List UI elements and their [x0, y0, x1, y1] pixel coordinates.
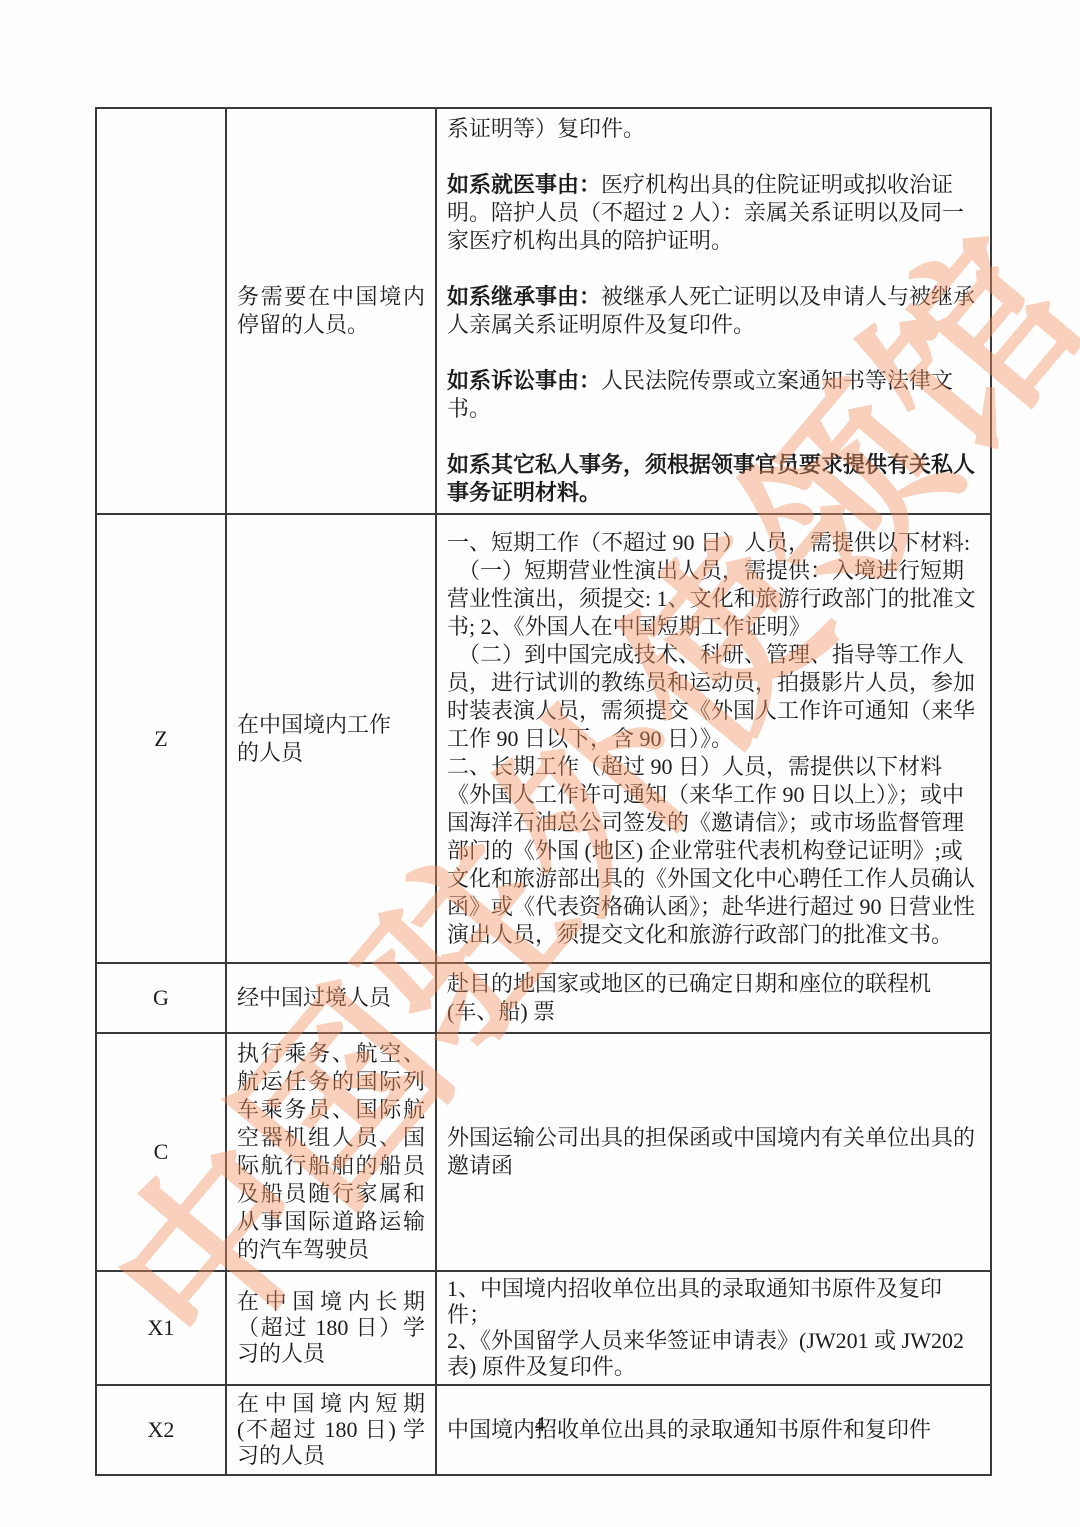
visa-description-cell: 在中国境内长期（超过 180 日）学习的人员 — [226, 1271, 436, 1385]
materials-paragraph: （二）到中国完成技术、科研、管理、指导等工作人员，进行试训的教练员和运动员，拍摄… — [447, 641, 980, 753]
materials-paragraph: 2、《外国留学人员来华签证申请表》(JW201 或 JW202 表) 原件及复印… — [447, 1328, 980, 1380]
visa-description-cell: 在中国境内工作 的人员 — [226, 514, 436, 963]
materials-paragraph: 《外国人工作许可通知（来华工作 90 日以上）》；或中国海洋石油总公司签发的《邀… — [447, 781, 980, 949]
materials-paragraph: 二、长期工作（超过 90 日）人员，需提供以下材料 — [447, 753, 980, 781]
materials-cell: 赴目的地国家或地区的已确定日期和座位的联程机 (车、船) 票 — [436, 963, 991, 1033]
materials-paragraph: 系证明等）复印件。 — [447, 115, 980, 143]
materials-paragraph: 如系就医事由：医疗机构出具的住院证明或拟收治证明。陪护人员（不超过 2 人）：亲… — [447, 171, 980, 255]
materials-paragraph: 1、中国境内招收单位出具的录取通知书原件及复印件； — [447, 1276, 980, 1328]
bold-lead: 如系继承事由： — [447, 284, 601, 309]
materials-cell: 1、中国境内招收单位出具的录取通知书原件及复印件； 2、《外国留学人员来华签证申… — [436, 1271, 991, 1385]
materials-paragraph: 如系继承事由：被继承人死亡证明以及申请人与被继承人亲属关系证明原件及复印件。 — [447, 283, 980, 339]
materials-paragraph: （一）短期营业性演出人员，需提供：入境进行短期营业性演出，须提交: 1、文化和旅… — [447, 557, 980, 641]
materials-paragraph: 赴目的地国家或地区的已确定日期和座位的联程机 (车、船) 票 — [447, 970, 980, 1026]
materials-cell: 外国运输公司出具的担保函或中国境内有关单位出具的邀请函 — [436, 1033, 991, 1271]
visa-description-cell: 执行乘务、航空、航运任务的国际列车乘务员、国际航空器机组人员、国际航行船舶的船员… — [226, 1033, 436, 1271]
bold-lead: 如系就医事由： — [447, 172, 601, 197]
table-row-continuation: 务需要在中国境内停留的人员。 系证明等）复印件。 如系就医事由：医疗机构出具的住… — [96, 108, 991, 514]
document-page: 务需要在中国境内停留的人员。 系证明等）复印件。 如系就医事由：医疗机构出具的住… — [0, 0, 1080, 1527]
table-row-x1: X1 在中国境内长期（超过 180 日）学习的人员 1、中国境内招收单位出具的录… — [96, 1271, 991, 1385]
visa-code-cell: G — [96, 963, 226, 1033]
visa-code-cell: Z — [96, 514, 226, 963]
visa-code-cell — [96, 108, 226, 514]
visa-code-cell: C — [96, 1033, 226, 1271]
materials-paragraph: 外国运输公司出具的担保函或中国境内有关单位出具的邀请函 — [447, 1124, 980, 1180]
materials-cell: 一、短期工作（不超过 90 日）人员，需提供以下材料: （一）短期营业性演出人员… — [436, 514, 991, 963]
materials-paragraph: 一、短期工作（不超过 90 日）人员，需提供以下材料: — [447, 529, 980, 557]
table-row-g: G 经中国过境人员 赴目的地国家或地区的已确定日期和座位的联程机 (车、船) 票 — [96, 963, 991, 1033]
visa-description-cell: 经中国过境人员 — [226, 963, 436, 1033]
materials-paragraph: 如系其它私人事务，须根据领事官员要求提供有关私人事务证明材料。 — [447, 451, 980, 507]
visa-description-cell: 务需要在中国境内停留的人员。 — [226, 108, 436, 514]
table-row-z: Z 在中国境内工作 的人员 一、短期工作（不超过 90 日）人员，需提供以下材料… — [96, 514, 991, 963]
visa-code-cell: X1 — [96, 1271, 226, 1385]
visa-requirements-table: 务需要在中国境内停留的人员。 系证明等）复印件。 如系就医事由：医疗机构出具的住… — [95, 107, 992, 1476]
table-row-c: C 执行乘务、航空、航运任务的国际列车乘务员、国际航空器机组人员、国际航行船舶的… — [96, 1033, 991, 1271]
page-number: 4 — [0, 1412, 1080, 1437]
materials-paragraph: 如系诉讼事由：人民法院传票或立案通知书等法律文书。 — [447, 367, 980, 423]
bold-lead: 如系诉讼事由： — [447, 368, 601, 393]
materials-cell: 系证明等）复印件。 如系就医事由：医疗机构出具的住院证明或拟收治证明。陪护人员（… — [436, 108, 991, 514]
